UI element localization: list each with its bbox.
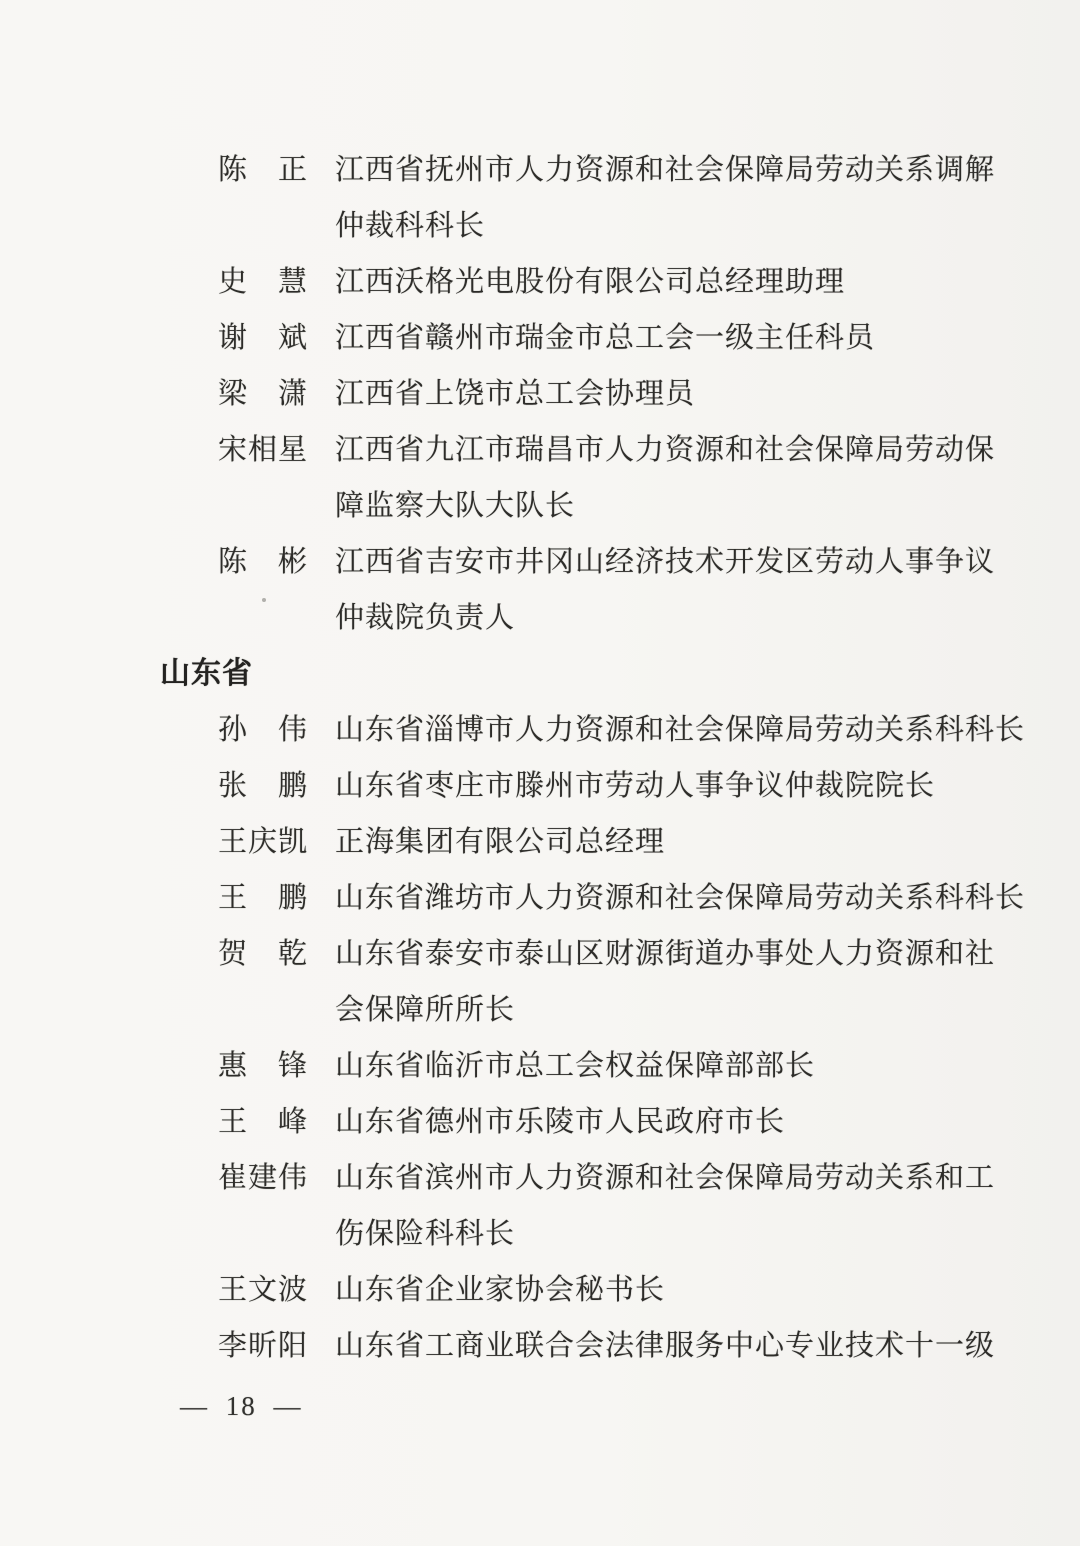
list-entry: 崔建伟 山东省滨州市人力资源和社会保障局劳动关系和工 伤保险科科长 bbox=[218, 1150, 1080, 1262]
scan-speck bbox=[262, 598, 266, 602]
title-line: 江西省九江市瑞昌市人力资源和社会保障局劳动保 bbox=[335, 422, 995, 478]
person-name: 王文波 bbox=[218, 1262, 308, 1318]
list-entry: 陈 正 江西省抚州市人力资源和社会保障局劳动关系调解 仲裁科科长 bbox=[218, 142, 1080, 254]
list-entry: 谢 斌 江西省赣州市瑞金市总工会一级主任科员 bbox=[218, 310, 1080, 366]
document-page: 陈 正 江西省抚州市人力资源和社会保障局劳动关系调解 仲裁科科长 史 慧 江西沃… bbox=[0, 0, 1080, 1546]
person-title: 山东省临沂市总工会权益保障部部长 bbox=[335, 1038, 815, 1094]
list-entry: 宋相星 江西省九江市瑞昌市人力资源和社会保障局劳动保 障监察大队大队长 bbox=[218, 422, 1080, 534]
person-title: 山东省枣庄市滕州市劳动人事争议仲裁院院长 bbox=[335, 758, 935, 814]
person-name: 宋相星 bbox=[218, 422, 308, 478]
title-line: 江西省抚州市人力资源和社会保障局劳动关系调解 bbox=[335, 142, 995, 198]
title-line: 山东省泰安市泰山区财源街道办事处人力资源和社 bbox=[335, 926, 995, 982]
title-line: 山东省工商业联合会法律服务中心专业技术十一级 bbox=[335, 1318, 995, 1374]
list-entry: 王庆凯 正海集团有限公司总经理 bbox=[218, 814, 1080, 870]
title-line: 山东省滨州市人力资源和社会保障局劳动关系和工 bbox=[335, 1150, 995, 1206]
list-entry: 王文波 山东省企业家协会秘书长 bbox=[218, 1262, 1080, 1318]
person-title: 正海集团有限公司总经理 bbox=[335, 814, 665, 870]
person-title: 江西省抚州市人力资源和社会保障局劳动关系调解 仲裁科科长 bbox=[335, 142, 995, 254]
title-line: 仲裁院负责人 bbox=[335, 590, 995, 646]
person-name: 陈 正 bbox=[218, 142, 308, 198]
list-entry: 史 慧 江西沃格光电股份有限公司总经理助理 bbox=[218, 254, 1080, 310]
person-title: 江西沃格光电股份有限公司总经理助理 bbox=[335, 254, 845, 310]
person-name: 谢 斌 bbox=[218, 310, 308, 366]
person-title: 山东省滨州市人力资源和社会保障局劳动关系和工 伤保险科科长 bbox=[335, 1150, 995, 1262]
person-name: 崔建伟 bbox=[218, 1150, 308, 1206]
person-title: 山东省企业家协会秘书长 bbox=[335, 1262, 665, 1318]
person-title: 山东省工商业联合会法律服务中心专业技术十一级 bbox=[335, 1318, 995, 1374]
title-line: 江西沃格光电股份有限公司总经理助理 bbox=[335, 254, 845, 310]
title-line: 障监察大队大队长 bbox=[335, 478, 995, 534]
title-line: 山东省枣庄市滕州市劳动人事争议仲裁院院长 bbox=[335, 758, 935, 814]
person-name: 王庆凯 bbox=[218, 814, 308, 870]
title-line: 山东省临沂市总工会权益保障部部长 bbox=[335, 1038, 815, 1094]
person-name: 孙 伟 bbox=[218, 702, 308, 758]
title-line: 江西省吉安市井冈山经济技术开发区劳动人事争议 bbox=[335, 534, 995, 590]
section-header-shandong: 山东省 bbox=[160, 646, 1080, 702]
title-line: 山东省潍坊市人力资源和社会保障局劳动关系科科长 bbox=[335, 870, 1025, 926]
page-number: — 18 — bbox=[180, 1386, 1080, 1426]
person-name: 史 慧 bbox=[218, 254, 308, 310]
title-line: 山东省淄博市人力资源和社会保障局劳动关系科科长 bbox=[335, 702, 1025, 758]
person-title: 山东省德州市乐陵市人民政府市长 bbox=[335, 1094, 785, 1150]
title-line: 山东省德州市乐陵市人民政府市长 bbox=[335, 1094, 785, 1150]
person-name: 惠 锋 bbox=[218, 1038, 308, 1094]
list-entry: 陈 彬 江西省吉安市井冈山经济技术开发区劳动人事争议 仲裁院负责人 bbox=[218, 534, 1080, 646]
title-line: 会保障所所长 bbox=[335, 982, 995, 1038]
person-name: 陈 彬 bbox=[218, 534, 308, 590]
list-entry: 惠 锋 山东省临沂市总工会权益保障部部长 bbox=[218, 1038, 1080, 1094]
person-name: 王 鹏 bbox=[218, 870, 308, 926]
person-title: 江西省九江市瑞昌市人力资源和社会保障局劳动保 障监察大队大队长 bbox=[335, 422, 995, 534]
title-line: 山东省企业家协会秘书长 bbox=[335, 1262, 665, 1318]
person-title: 山东省泰安市泰山区财源街道办事处人力资源和社 会保障所所长 bbox=[335, 926, 995, 1038]
person-title: 江西省上饶市总工会协理员 bbox=[335, 366, 695, 422]
list-entry: 梁 潇 江西省上饶市总工会协理员 bbox=[218, 366, 1080, 422]
title-line: 江西省上饶市总工会协理员 bbox=[335, 366, 695, 422]
list-entry: 孙 伟 山东省淄博市人力资源和社会保障局劳动关系科科长 bbox=[218, 702, 1080, 758]
person-name: 贺 乾 bbox=[218, 926, 308, 982]
title-line: 江西省赣州市瑞金市总工会一级主任科员 bbox=[335, 310, 875, 366]
list-entry: 张 鹏 山东省枣庄市滕州市劳动人事争议仲裁院院长 bbox=[218, 758, 1080, 814]
person-name: 张 鹏 bbox=[218, 758, 308, 814]
title-line: 伤保险科科长 bbox=[335, 1206, 995, 1262]
list-entry: 王 鹏 山东省潍坊市人力资源和社会保障局劳动关系科科长 bbox=[218, 870, 1080, 926]
list-entry: 王 峰 山东省德州市乐陵市人民政府市长 bbox=[218, 1094, 1080, 1150]
person-title: 山东省潍坊市人力资源和社会保障局劳动关系科科长 bbox=[335, 870, 1025, 926]
title-line: 仲裁科科长 bbox=[335, 198, 995, 254]
person-title: 山东省淄博市人力资源和社会保障局劳动关系科科长 bbox=[335, 702, 1025, 758]
list-entry: 贺 乾 山东省泰安市泰山区财源街道办事处人力资源和社 会保障所所长 bbox=[218, 926, 1080, 1038]
list-entry: 李昕阳 山东省工商业联合会法律服务中心专业技术十一级 bbox=[218, 1318, 1080, 1374]
person-name: 王 峰 bbox=[218, 1094, 308, 1150]
person-name: 梁 潇 bbox=[218, 366, 308, 422]
title-line: 正海集团有限公司总经理 bbox=[335, 814, 665, 870]
person-title: 江西省赣州市瑞金市总工会一级主任科员 bbox=[335, 310, 875, 366]
person-title: 江西省吉安市井冈山经济技术开发区劳动人事争议 仲裁院负责人 bbox=[335, 534, 995, 646]
commendation-list: 陈 正 江西省抚州市人力资源和社会保障局劳动关系调解 仲裁科科长 史 慧 江西沃… bbox=[0, 0, 1080, 1426]
person-name: 李昕阳 bbox=[218, 1318, 308, 1374]
